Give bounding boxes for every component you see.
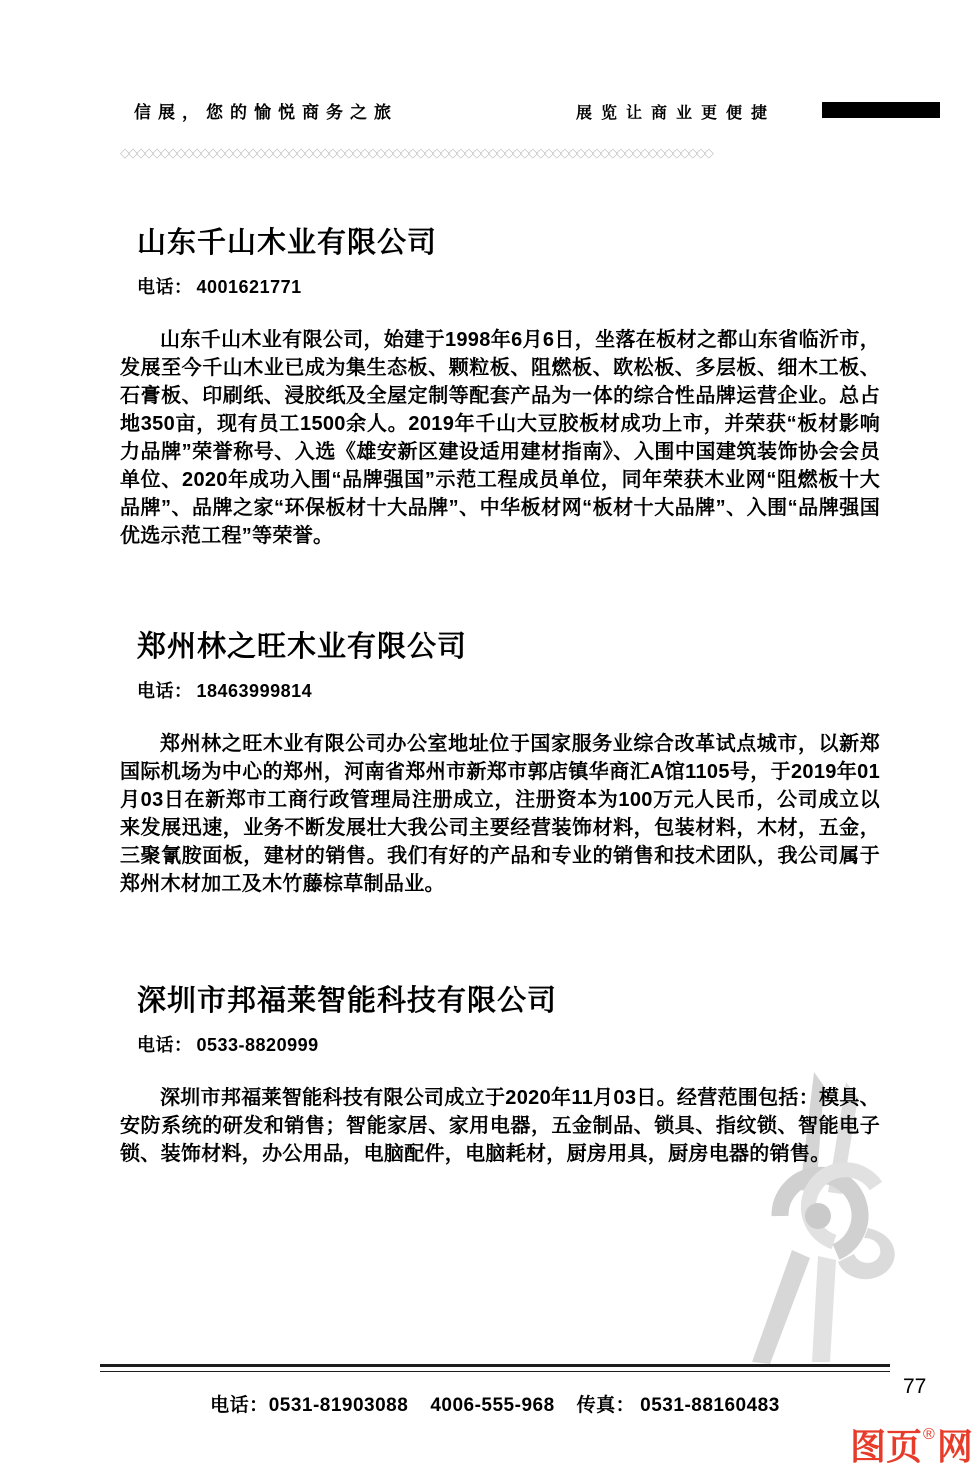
site-logo: 图页®网 [850,1406,973,1470]
header-black-bar [822,102,940,118]
company-description: 深圳市邦福莱智能科技有限公司成立于2020年11月03日。经营范围包括：模具、安… [120,1084,880,1168]
company-description: 郑州林之旺木业有限公司办公室地址位于国家服务业综合改革试点城市，以新郑国际机场为… [120,730,880,898]
phone-label: 电话： [137,681,193,701]
phone-number: 4001621771 [197,277,302,297]
footer-fax: 0531-88160483 [640,1395,780,1416]
company-section: 郑州林之旺木业有限公司 电话：18463999814 郑州林之旺木业有限公司办公… [120,630,880,898]
logo-text-part1: 图页 [850,1426,922,1467]
company-name: 深圳市邦福莱智能科技有限公司 [120,984,880,1018]
registered-mark-icon: ® [923,1426,935,1443]
page-number: 77 [903,1375,926,1399]
company-description: 山东千山木业有限公司，始建于1998年6月6日，坐落在板材之都山东省临沂市，发展… [120,326,880,550]
footer-fax-label: 传真： [577,1395,636,1416]
company-phone: 电话：0533-8820999 [120,1031,880,1057]
logo-text-part2: 网 [937,1426,973,1467]
document-page: 信展，您的愉悦商务之旅 展览让商业更便捷 ◇◇◇◇◇◇◇◇◇◇◇◇◇◇◇◇◇◇◇… [0,0,980,1470]
header-slogan-right: 展览让商业更便捷 [576,100,776,123]
header-slogan-left: 信展，您的愉悦商务之旅 [134,98,398,123]
footer-phone-secondary: 4006-555-968 [430,1395,554,1416]
company-section: 山东千山木业有限公司 电话：4001621771 山东千山木业有限公司，始建于1… [120,226,880,550]
company-section: 深圳市邦福莱智能科技有限公司 电话：0533-8820999 深圳市邦福莱智能科… [120,984,880,1168]
footer-rule-thin [100,1371,890,1372]
company-phone: 电话：18463999814 [120,677,880,703]
phone-number: 0533-8820999 [197,1035,319,1055]
divider-pattern: ◇◇◇◇◇◇◇◇◇◇◇◇◇◇◇◇◇◇◇◇◇◇◇◇◇◇◇◇◇◇◇◇◇◇◇◇◇◇◇◇… [120,144,890,162]
company-name: 山东千山木业有限公司 [120,226,880,260]
phone-label: 电话： [137,277,193,297]
phone-label: 电话： [137,1035,193,1055]
footer-contact: 电话：0531-819030884006-555-968传真：0531-8816… [100,1390,890,1417]
company-name: 郑州林之旺木业有限公司 [120,630,880,664]
footer-rule-thick [100,1364,890,1367]
phone-number: 18463999814 [197,681,313,701]
footer-phone-label: 电话： [210,1395,269,1416]
footer-phone-primary: 0531-81903088 [269,1395,409,1416]
company-phone: 电话：4001621771 [120,273,880,299]
